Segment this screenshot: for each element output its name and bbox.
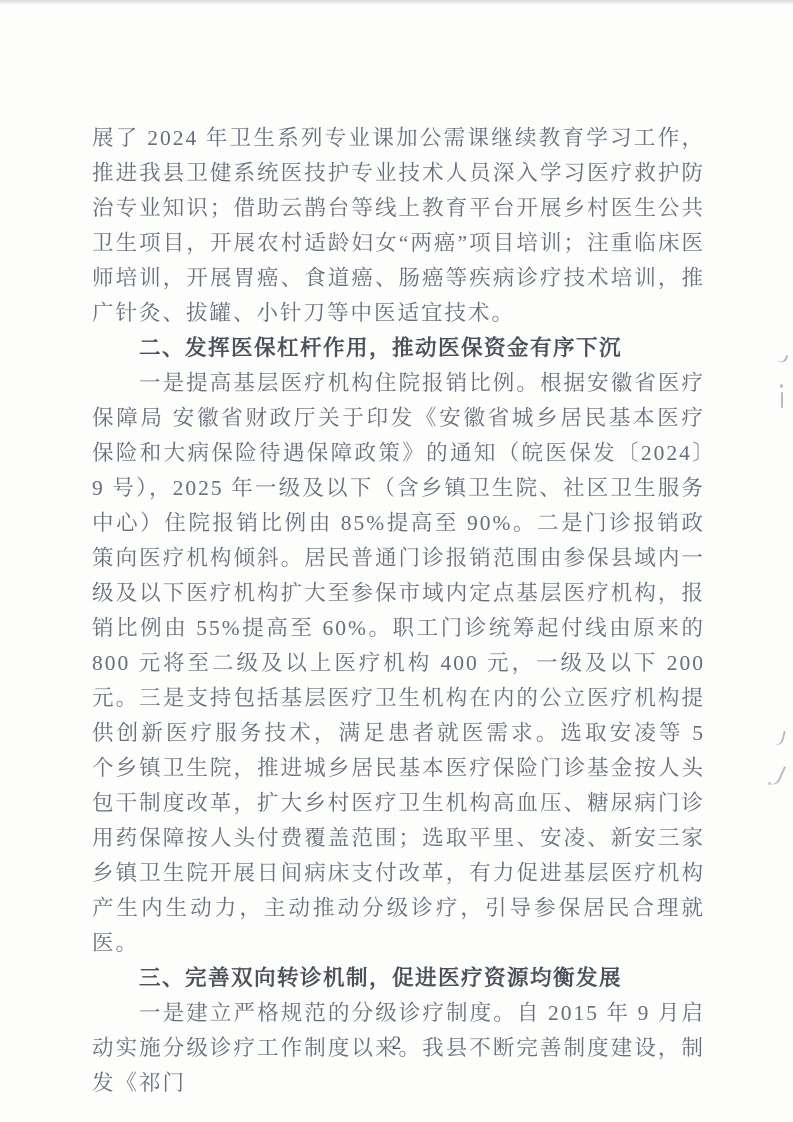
section-body-2: 一是提高基层医疗机构住院报销比例。根据安徽省医疗保障局 安徽省财政厅关于印发《安… <box>92 366 705 961</box>
ink-speck <box>780 384 783 388</box>
ink-mark <box>768 763 786 787</box>
continuation-paragraph: 展了 2024 年卫生系列专业课加公需课继续教育学习工作，推进我县卫健系统医技护… <box>92 121 705 331</box>
section-heading-2: 二、发挥医保杠杆作用，推动医保资金有序下沉 <box>92 331 705 366</box>
page-content: 展了 2024 年卫生系列专业课加公需课继续教育学习工作，推进我县卫健系统医技护… <box>92 121 705 1101</box>
page-number: 2 <box>0 1031 793 1057</box>
section-heading-3: 三、完善双向转诊机制，促进医疗资源均衡发展 <box>92 961 705 996</box>
ink-mark <box>773 729 786 747</box>
ink-dash <box>781 392 783 408</box>
scan-edge <box>0 0 793 5</box>
ink-speck <box>768 782 771 785</box>
document-page: 展了 2024 年卫生系列专业课加公需课继续教育学习工作，推进我县卫健系统医技护… <box>0 0 793 1122</box>
ink-mark <box>778 353 788 364</box>
